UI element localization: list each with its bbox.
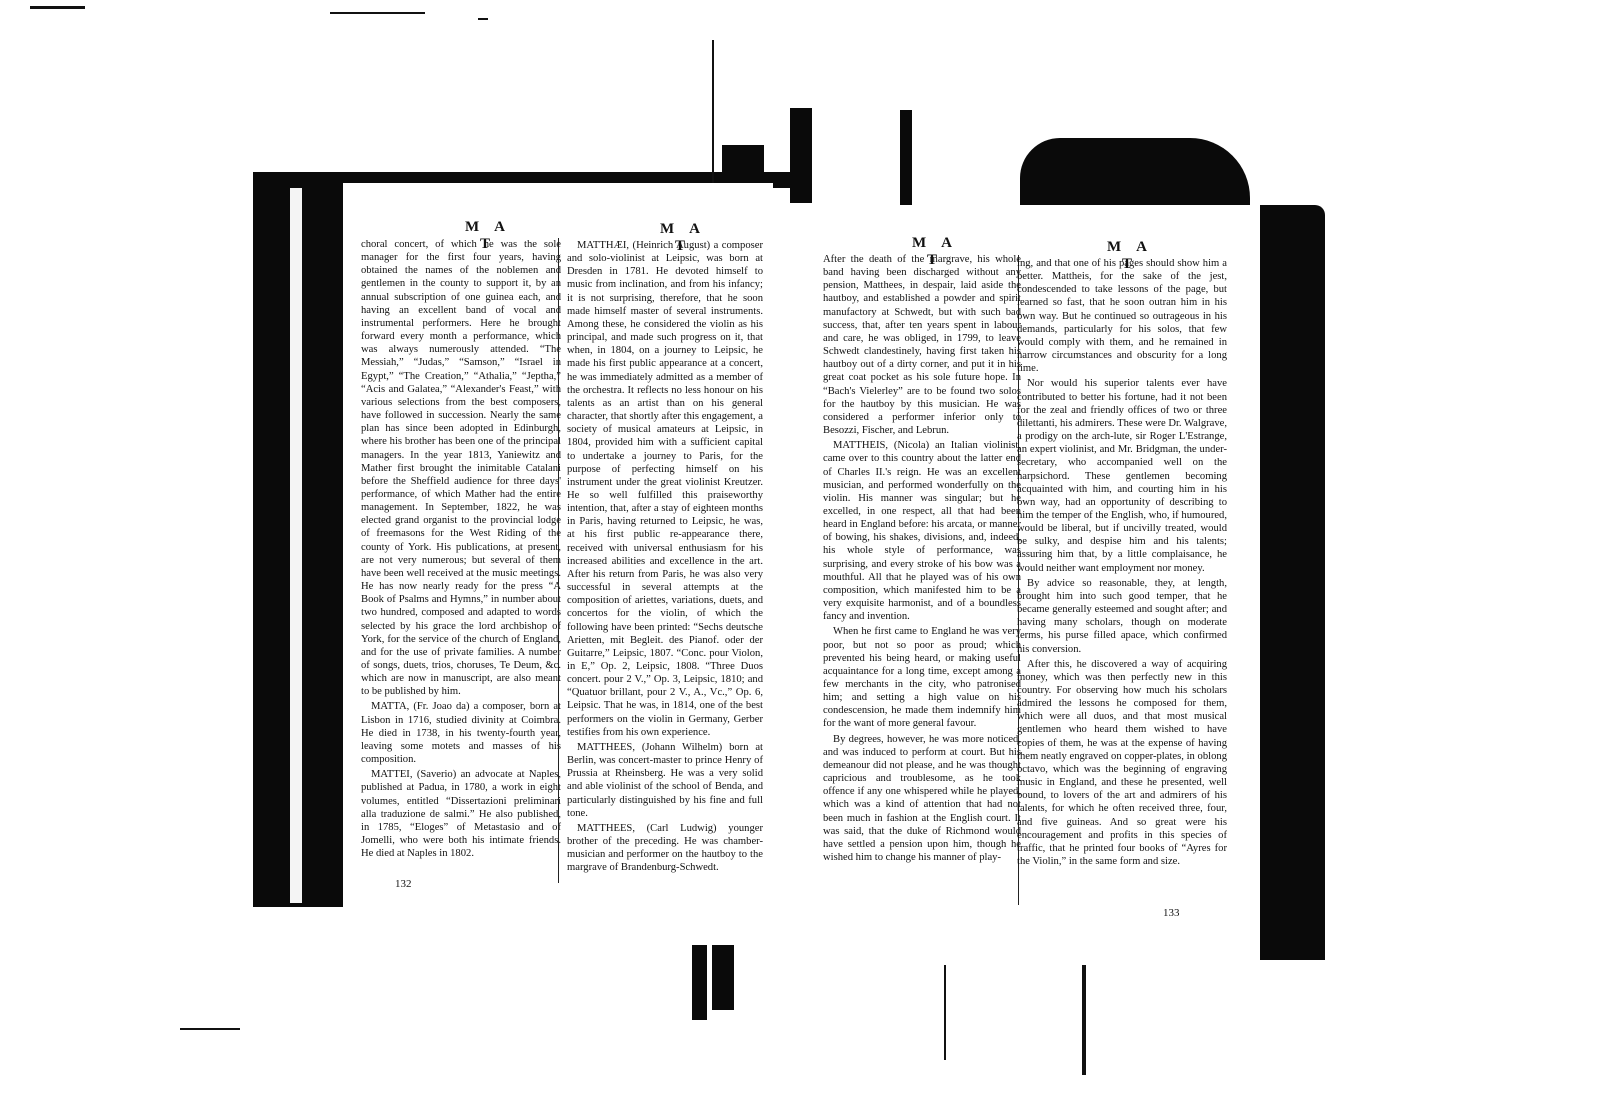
paragraph: Nor would his superior talents ever have… xyxy=(1017,377,1227,574)
paragraph: choral concert, of which he was the sole… xyxy=(361,238,561,698)
left-page-column-1: choral concert, of which he was the sole… xyxy=(361,238,561,862)
spine-line-top xyxy=(712,40,714,190)
page-number-left: 132 xyxy=(395,878,412,890)
entry-mattei: MATTEI, (Saverio) an advocate at Naples,… xyxy=(361,768,561,860)
paragraph: ing, and that one of his pages should sh… xyxy=(1017,257,1227,375)
left-page-column-2: MATTHÆI, (Heinrich August) a composer an… xyxy=(567,239,763,877)
spine-shadow-top-2 xyxy=(790,108,812,203)
right-page-column-2: ing, and that one of his pages should sh… xyxy=(1017,257,1227,870)
scan-mark-top xyxy=(478,18,488,20)
page-number-right: 133 xyxy=(1163,907,1180,919)
entry-matta: MATTA, (Fr. Joao da) a composer, born at… xyxy=(361,700,561,766)
spine-shadow-top-3 xyxy=(900,110,912,205)
spine-line-bottom xyxy=(1082,965,1086,1075)
entry-matthaei: MATTHÆI, (Heinrich August) a composer an… xyxy=(567,239,763,739)
spine-line-bottom-2 xyxy=(944,965,946,1060)
entry-mattheis: MATTHEIS, (Nicola) an Italian violinist,… xyxy=(823,439,1021,623)
entry-matthees-carl: MATTHEES, (Carl Ludwig) younger brother … xyxy=(567,822,763,875)
entry-matthees-johann: MATTHEES, (Johann Wilhelm) born at Berli… xyxy=(567,741,763,820)
spine-shadow-bottom-1 xyxy=(692,945,707,1020)
column-rule xyxy=(558,238,559,883)
book-cover-right xyxy=(1260,205,1325,960)
paragraph: After the death of the margrave, his who… xyxy=(823,253,1021,437)
paragraph: After this, he discovered a way of acqui… xyxy=(1017,658,1227,869)
scan-mark-bottom-left xyxy=(180,1028,240,1030)
paragraph: By degrees, however, he was more noticed… xyxy=(823,733,1021,865)
right-page-column-1: After the death of the margrave, his who… xyxy=(823,253,1021,866)
left-page: M A T M A T choral concert, of which he … xyxy=(343,183,773,938)
paragraph: When he first came to England he was ver… xyxy=(823,625,1021,730)
book-cover-top-right xyxy=(1020,138,1250,213)
page-edge-strip xyxy=(290,188,302,903)
paragraph: By advice so reasonable, they, at length… xyxy=(1017,577,1227,656)
right-page: M A T M A T After the death of the margr… xyxy=(795,205,1260,950)
scan-mark-top-left xyxy=(30,6,85,9)
spine-shadow-bottom-2 xyxy=(712,945,734,1010)
scan-mark-top-left-2 xyxy=(330,12,425,14)
